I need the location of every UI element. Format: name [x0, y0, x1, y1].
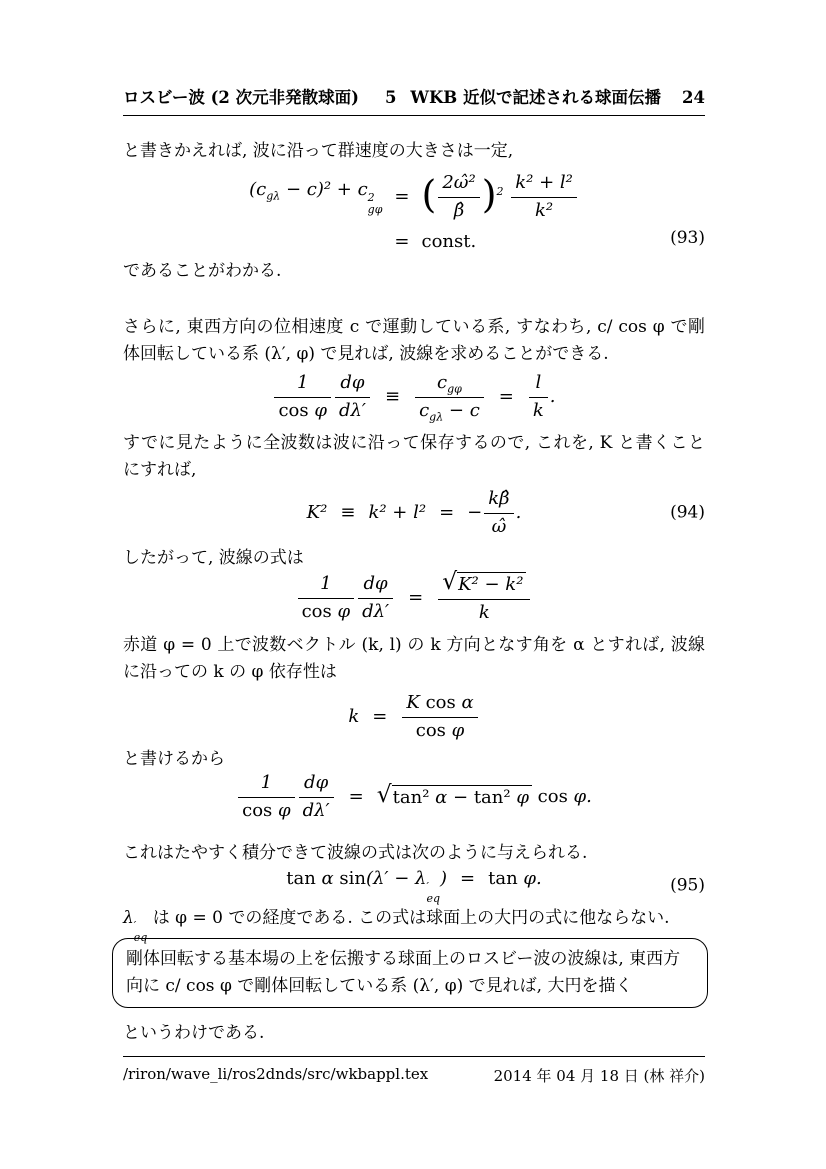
equation-ray-equation: 1cos φdφdλ′=√K² − k²k: [123, 572, 705, 624]
paragraph-equator-angle: 赤道 φ = 0 上で波数ベクトル (k, l) の k 方向となす角を α と…: [123, 632, 705, 686]
document-title: ロスビー波 (2 次元非発散球面): [123, 84, 359, 108]
paragraph-total-wavenumber: すでに見たように全波数は波に沿って保存するので, これを, K と書くことにすれ…: [123, 430, 705, 484]
equation-93: (cgλ − c)² + c2gφ=(2ω̂²β̂)2 k² + l²k²=co…: [123, 172, 705, 254]
page-footer: /riron/wave_li/ros2dnds/src/wkbappl.tex …: [123, 1056, 705, 1086]
section-heading: 5WKB 近似で記述される球面伝播: [385, 84, 661, 108]
paragraph-closing: というわけである.: [123, 1020, 705, 1047]
paragraph-phase-speed: さらに, 東西方向の位相速度 c で運動している系, すなわち, c/ cos …: [123, 314, 705, 368]
equation-94: K²≡k² + l²=−kβ̂ω̂.(94): [123, 488, 705, 538]
paragraph-conclusion-93: であることがわかる.: [123, 258, 705, 285]
paragraph-therefore: したがって, 波線の式は: [123, 545, 705, 572]
paragraph-integrable: これはたやすく積分できて波線の式は次のように与えられる.: [123, 840, 705, 867]
highlight-box: 剛体回転する基本場の上を伝搬する球面上のロスビー波の波線は, 東西方向に c/ …: [112, 938, 708, 1008]
paragraph-great-circle-text: は φ = 0 での経度である. この式は球面上の大円の式に他ならない.: [147, 908, 669, 928]
paragraph-intro: と書きかえれば, 波に沿って群速度の大きさは一定,: [123, 138, 705, 165]
section-number: 5: [385, 88, 396, 107]
section-title: WKB 近似で記述される球面伝播: [410, 88, 661, 107]
footer-date: 2014 年 04 月 18 日 (林 祥介): [494, 1065, 705, 1086]
equation-tan-form: 1cos φdφdλ′=√tan² α − tan² φ cos φ.: [123, 772, 705, 822]
document-page: ロスビー波 (2 次元非発散球面) 5WKB 近似で記述される球面伝播 24 と…: [0, 0, 826, 1169]
paragraph-so-written: と書けるから: [123, 746, 705, 773]
lambda-eq-variable: λ: [123, 908, 134, 928]
page-header: ロスビー波 (2 次元非発散球面) 5WKB 近似で記述される球面伝播 24: [123, 84, 705, 116]
equation-ray-definition: 1cos φdφdλ′≡cgφcgλ − c=lk.: [123, 372, 705, 422]
equation-95: tan α sin(λ′ − λ′eq)=tan φ.(95): [123, 868, 705, 904]
page-number: 24: [682, 88, 705, 107]
highlight-box-text: 剛体回転する基本場の上を伝搬する球面上のロスビー波の波線は, 東西方向に c/ …: [126, 949, 680, 996]
equation-k-dependence: k=K cos αcos φ: [123, 692, 705, 742]
footer-file-path: /riron/wave_li/ros2dnds/src/wkbappl.tex: [123, 1065, 428, 1086]
